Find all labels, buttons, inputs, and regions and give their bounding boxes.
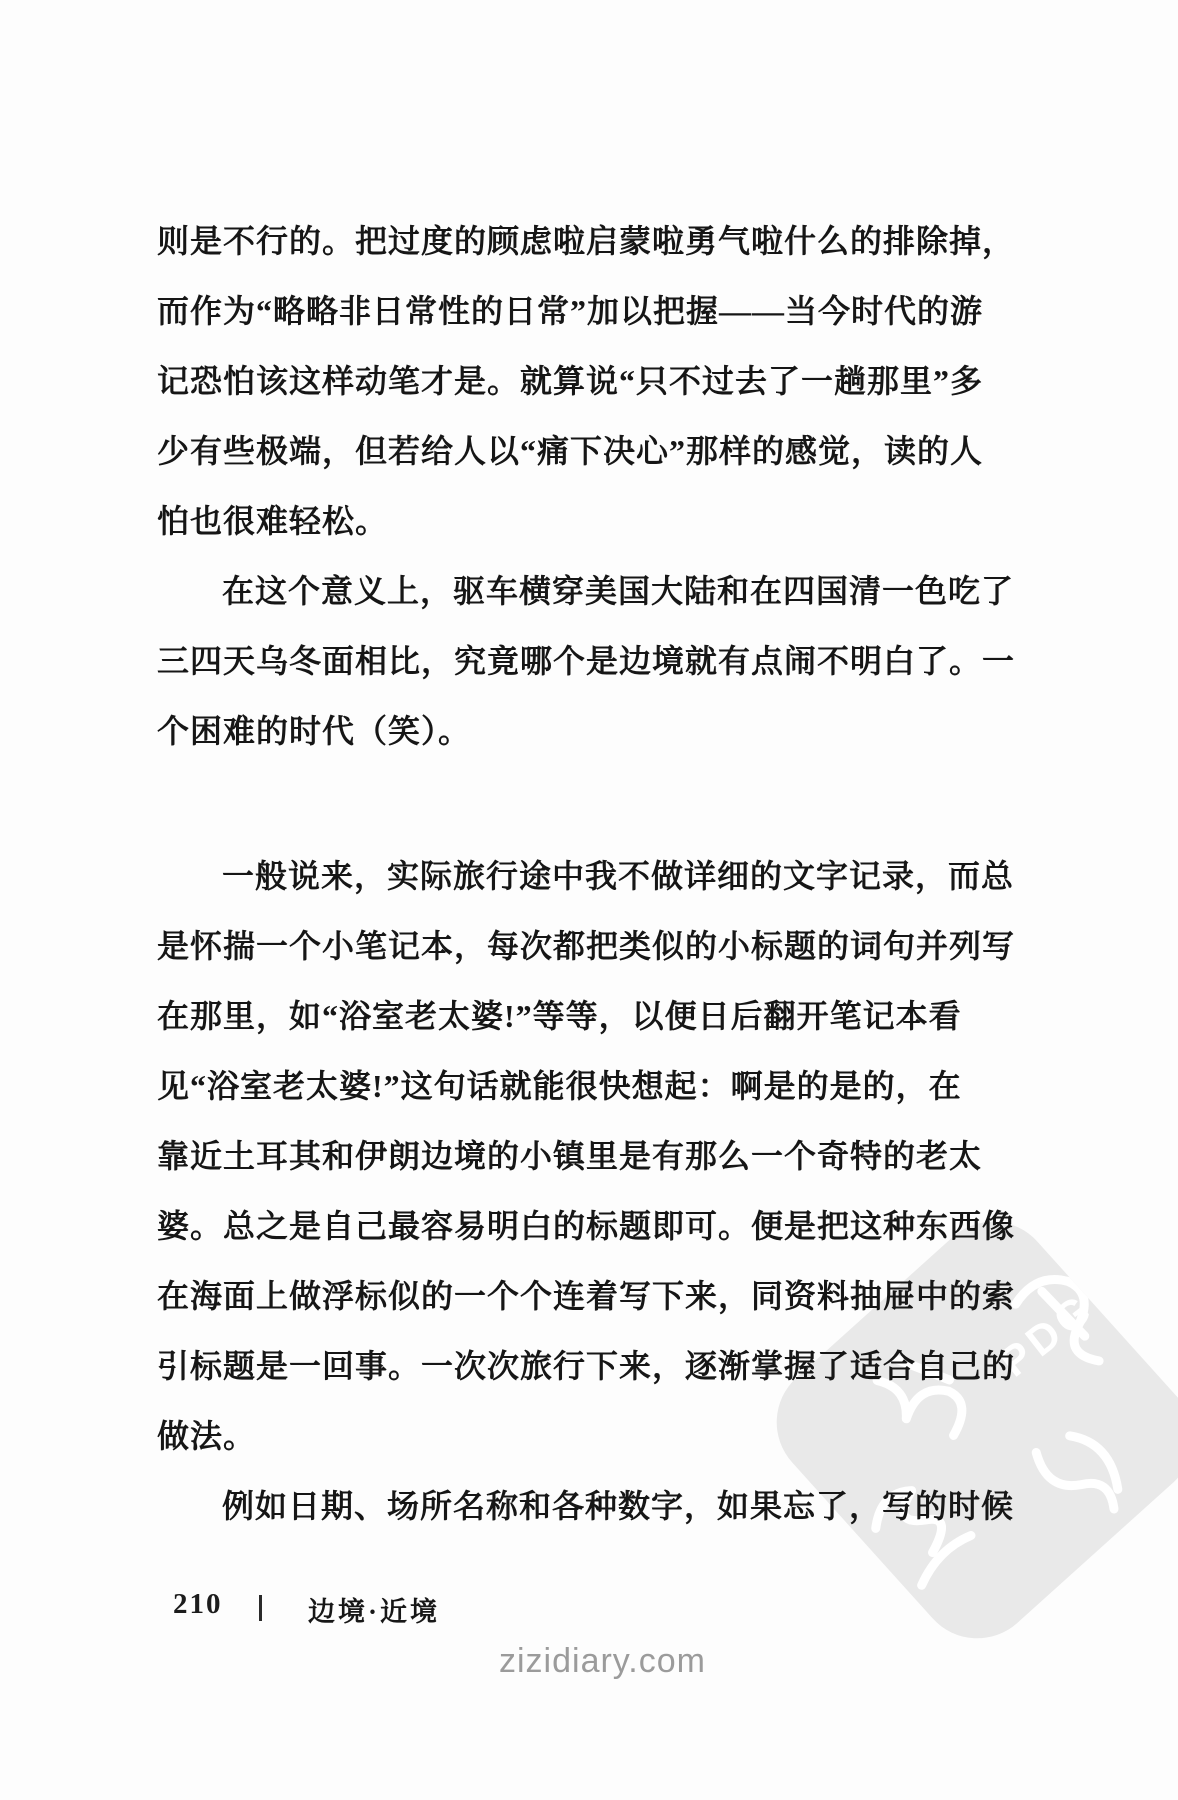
- text-line: 靠近土耳其和伊朗边境的小镇里是有那么一个奇特的老太: [157, 1121, 1017, 1191]
- text-line: 在海面上做浮标似的一个个连着写下来，同资料抽屉中的索: [157, 1261, 1017, 1331]
- text-line: 记恐怕该这样动笔才是。就算说“只不过去了一趟那里”多: [157, 346, 1017, 416]
- text-line: 而作为“略略非日常性的日常”加以把握——当今时代的游: [157, 276, 1017, 346]
- text-line: 个困难的时代（笑）。: [157, 696, 1017, 766]
- text-line: 引标题是一回事。一次次旅行下来，逐渐掌握了适合自己的: [157, 1331, 1017, 1401]
- text-line: 三四天乌冬面相比，究竟哪个是边境就有点闹不明白了。一: [157, 626, 1017, 696]
- page-number: 210: [173, 1588, 223, 1621]
- text-line: 在这个意义上，驱车横穿美国大陆和在四国清一色吃了: [157, 556, 1017, 626]
- text-line: 怕也很难轻松。: [157, 486, 1017, 556]
- text-line: 做法。: [157, 1401, 1017, 1471]
- text-line: 则是不行的。把过度的顾虑啦启蒙啦勇气啦什么的排除掉，: [157, 206, 1017, 276]
- text-line: 见“浴室老太婆!”这句话就能很快想起：啊是的是的，在: [157, 1051, 1017, 1121]
- footer-divider: [259, 1595, 262, 1621]
- site-watermark: zizidiary.com: [499, 1642, 706, 1681]
- book-page-scan: PDG 则是不行的。把过度的顾虑啦启蒙啦勇气啦什么的排除掉， 而作为“略略非日常…: [0, 0, 1178, 1800]
- body-text: 则是不行的。把过度的顾虑啦启蒙啦勇气啦什么的排除掉， 而作为“略略非日常性的日常…: [157, 206, 1017, 1541]
- book-title: 边境·近境: [308, 1590, 440, 1629]
- text-line: 少有些极端，但若给人以“痛下决心”那样的感觉，读的人: [157, 416, 1017, 486]
- text-line: 一般说来，实际旅行途中我不做详细的文字记录，而总: [157, 841, 1017, 911]
- text-line: 在那里，如“浴室老太婆!”等等，以便日后翻开笔记本看: [157, 981, 1017, 1051]
- text-line: 是怀揣一个小笔记本，每次都把类似的小标题的词句并列写: [157, 911, 1017, 981]
- text-line: 例如日期、场所名称和各种数字，如果忘了，写的时候: [157, 1471, 1017, 1541]
- text-line: 婆。总之是自己最容易明白的标题即可。便是把这种东西像: [157, 1191, 1017, 1261]
